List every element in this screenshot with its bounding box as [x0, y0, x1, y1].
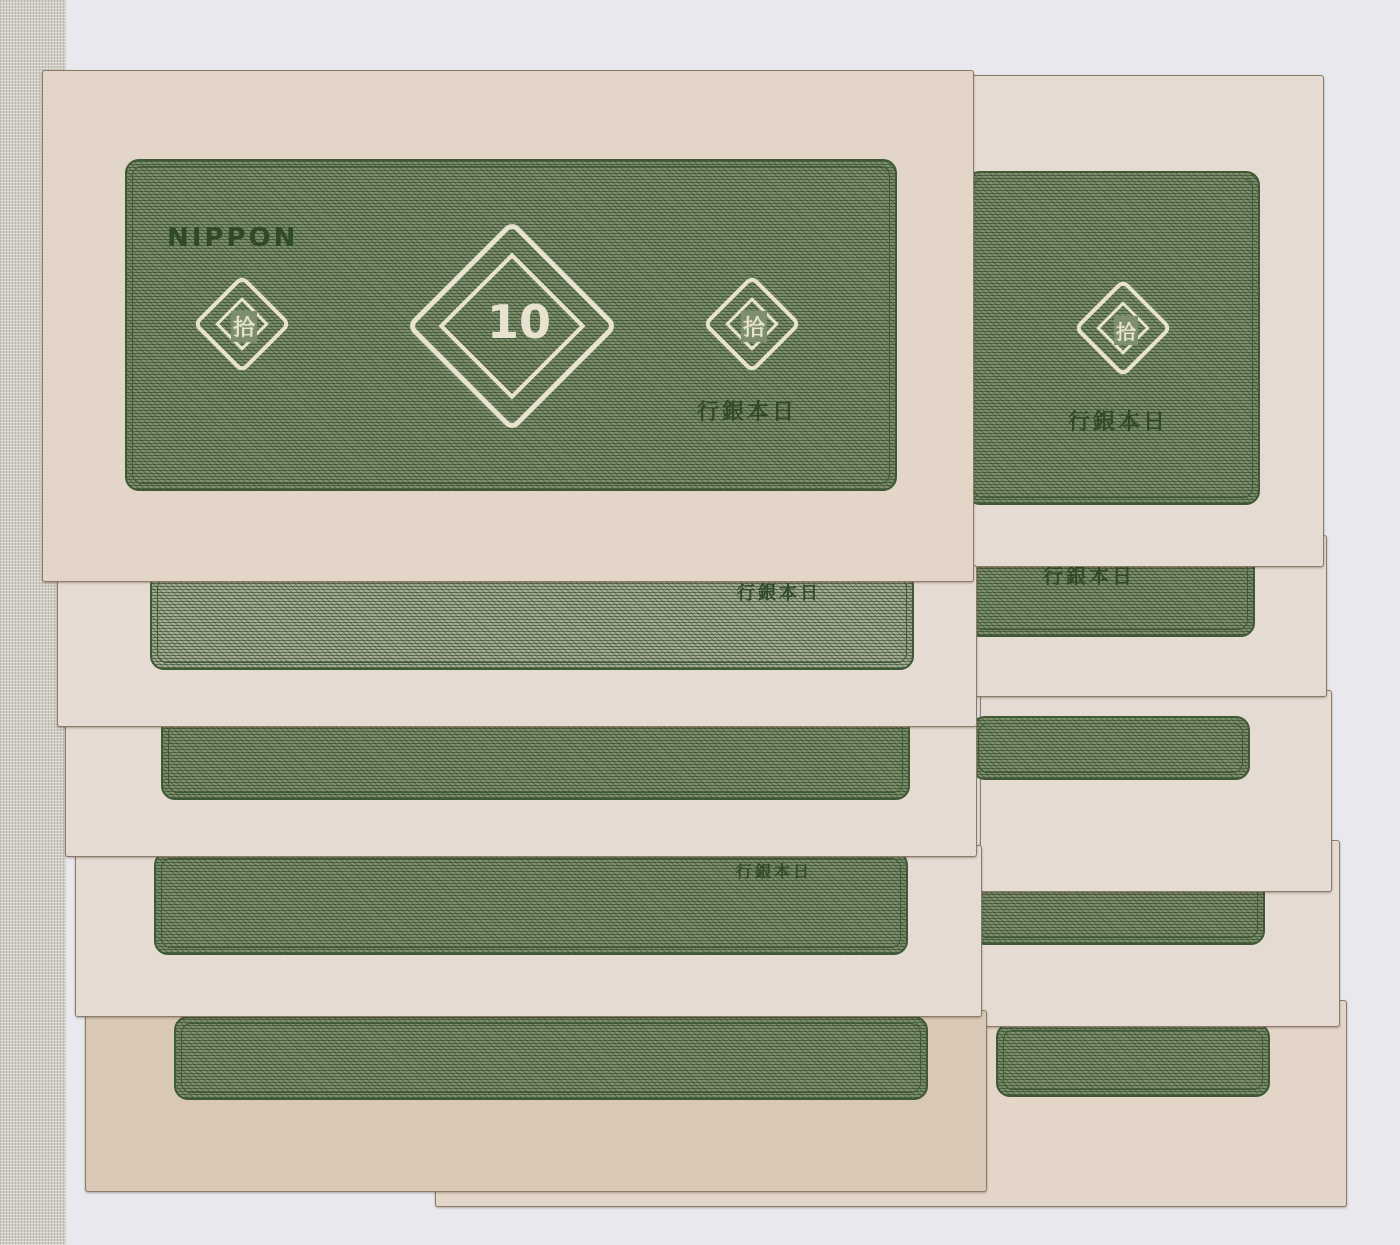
- denomination-numeral: 10: [487, 295, 551, 349]
- banknote-panel: [174, 1016, 928, 1100]
- banknote-left-5: [85, 1010, 987, 1192]
- knot-ornament-left-icon: [193, 275, 292, 374]
- banknote-panel: [971, 716, 1250, 780]
- central-knot-icon: [406, 220, 618, 432]
- banknote-panel: NIPPON 拾 10 拾 行銀本日: [125, 159, 897, 491]
- nippon-text: NIPPON: [167, 223, 298, 253]
- banknote-right-3: [980, 690, 1332, 892]
- denomination-kanji-right: 拾: [741, 311, 767, 342]
- banknote-panel: 拾 行銀本日: [966, 171, 1260, 505]
- banknote-top: NIPPON 拾 10 拾 行銀本日: [42, 70, 974, 582]
- banknote-panel: [161, 716, 910, 800]
- issuer-text: 行銀本日: [1068, 405, 1168, 436]
- knot-ornament-right-icon: [703, 275, 802, 374]
- banknote-left-3: [65, 715, 977, 857]
- banknote-panel: 行銀本日: [154, 851, 908, 955]
- denomination-kanji-left: 拾: [231, 311, 257, 342]
- banknote-panel: [996, 1023, 1270, 1097]
- issuer-text: 行銀本日: [737, 579, 821, 605]
- knot-ornament-icon: [1074, 279, 1173, 378]
- banknote-panel: 行銀本日: [150, 571, 914, 670]
- banknote-left-2: 行銀本日: [57, 565, 977, 727]
- banknote-left-4: 行銀本日: [75, 845, 982, 1017]
- denomination-kanji: 拾: [1114, 316, 1138, 345]
- issuer-text: 行銀本日: [736, 859, 812, 882]
- issuer-text: 行銀本日: [697, 395, 797, 426]
